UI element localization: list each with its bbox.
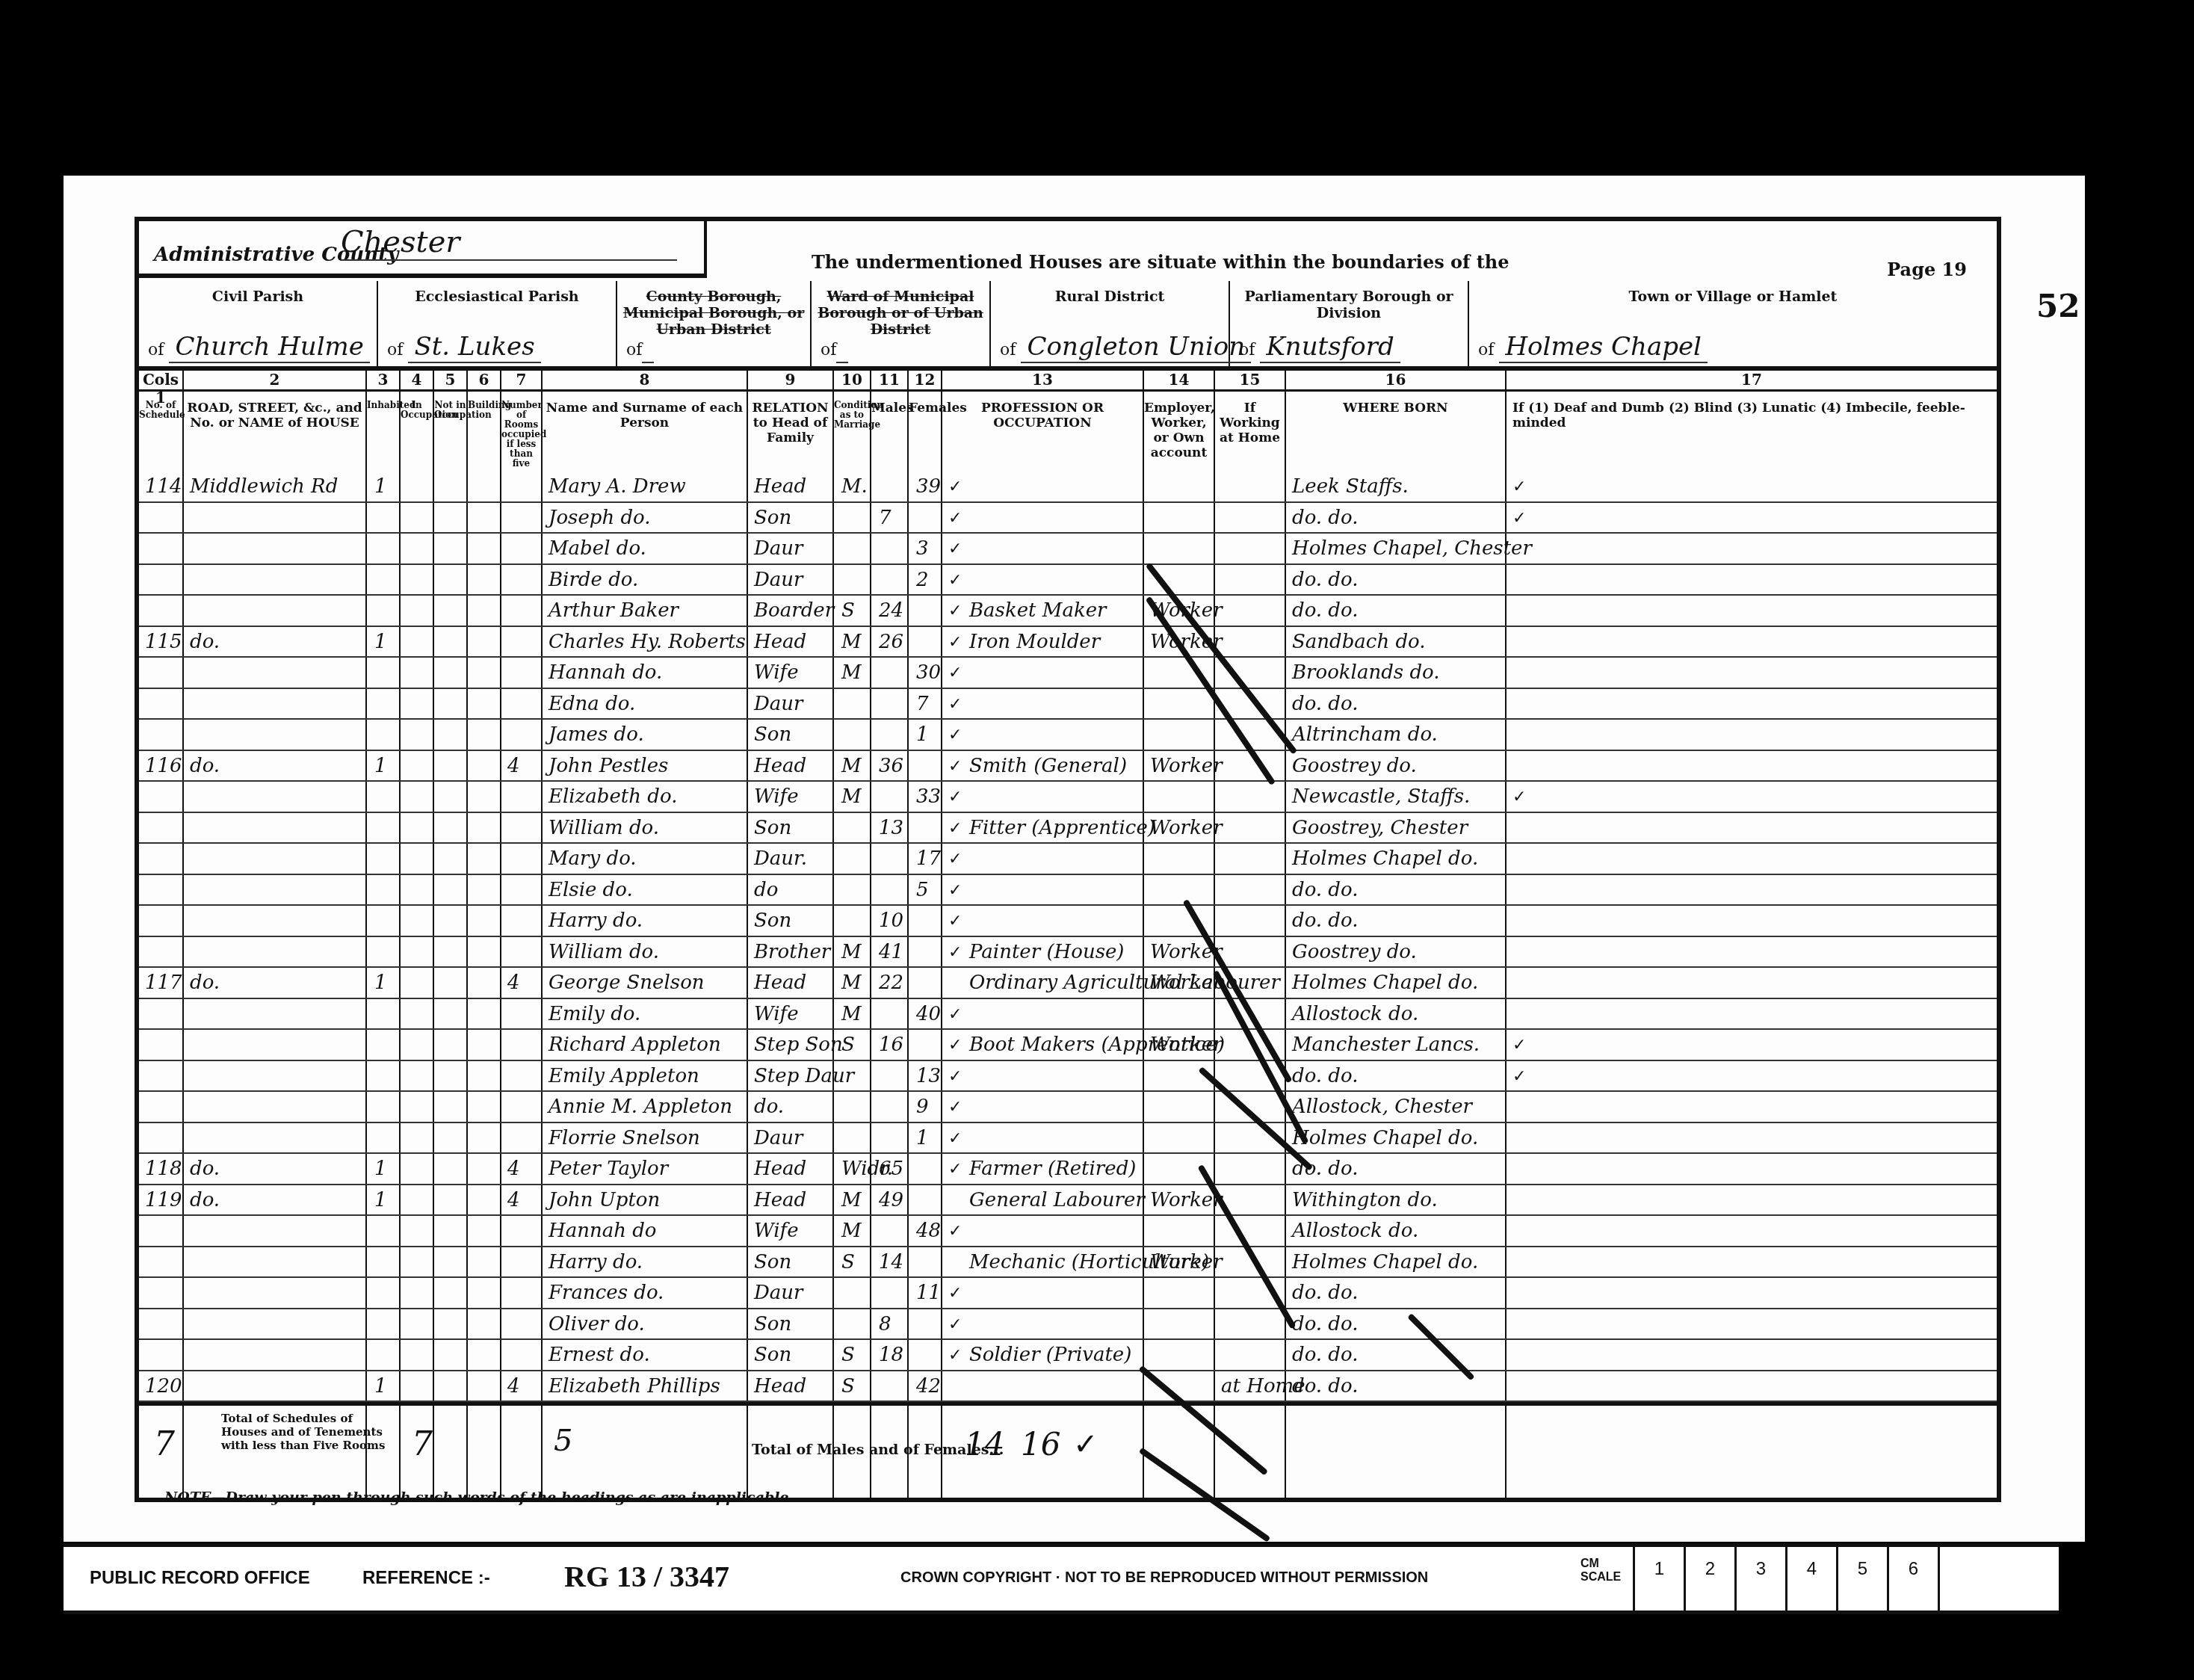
- column-heading: If Working at Home: [1215, 401, 1285, 445]
- cell-tick: ✓: [948, 472, 962, 501]
- cell-name: Elizabeth do.: [548, 782, 677, 812]
- area-prefix: of: [387, 341, 403, 359]
- cell-rel: Daur.: [754, 844, 807, 874]
- cell-sched: 120: [145, 1371, 182, 1401]
- total-females: 16: [1021, 1428, 1060, 1520]
- area-label: Parliamentary Borough or Division: [1230, 288, 1468, 321]
- cell-road: do.: [190, 1185, 220, 1215]
- reference-label: REFERENCE :-: [362, 1568, 490, 1589]
- column-number: 15: [1215, 371, 1285, 392]
- cell-occ: General Labourer: [969, 1185, 1145, 1215]
- cell-rel: Wife: [754, 782, 799, 812]
- table-row: William do.BrotherM41✓Painter (House)Wor…: [139, 937, 1997, 969]
- cell-inh: 1: [374, 1371, 387, 1401]
- cell-cond: M: [841, 1185, 862, 1215]
- cell-tick: ✓: [948, 1340, 962, 1370]
- cell-rel: Step Son: [754, 1030, 843, 1060]
- cell-tick: ✓: [948, 565, 962, 595]
- cell-emp: Worker: [1150, 751, 1223, 781]
- cell-name: Frances do.: [548, 1278, 664, 1308]
- cell-born: Allostock do.: [1292, 1216, 1418, 1246]
- cell-emp: Worker: [1150, 1247, 1223, 1277]
- cell-rel: Son: [754, 1340, 791, 1370]
- cell-m: 7: [879, 503, 891, 533]
- table-row: Emily AppletonStep Daur13✓do. do.✓: [139, 1061, 1997, 1093]
- cell-f: 48: [916, 1216, 941, 1246]
- cell-inh: 1: [374, 472, 387, 501]
- cell-name: Ernest do.: [548, 1340, 650, 1370]
- cell-tick: ✓: [948, 1092, 962, 1122]
- cell-f: 5: [916, 875, 929, 905]
- table-row: Annie M. Appletondo.9✓Allostock, Chester: [139, 1092, 1997, 1123]
- cell-cond: M: [841, 751, 862, 781]
- table-row: 117do.14George SnelsonHeadM22Ordinary Ag…: [139, 968, 1997, 999]
- cell-name: Hannah do: [548, 1216, 656, 1246]
- cell-rel: Head: [754, 968, 806, 998]
- cell-rooms: 4: [507, 1154, 520, 1184]
- area-label: Ward of Municipal Borough or of Urban Di…: [812, 288, 989, 338]
- cell-tick: ✓: [948, 689, 962, 719]
- cell-road: do.: [190, 1154, 220, 1184]
- area-6: Parliamentary Borough or Divisionof Knut…: [1230, 281, 1469, 366]
- cell-rel: Son: [754, 906, 791, 936]
- total-inhabited: 7: [412, 1428, 433, 1520]
- table-row: Emily do.WifeM40✓Allostock do.: [139, 999, 1997, 1031]
- cell-name: Birde do.: [548, 565, 638, 595]
- cell-rel: Brother: [754, 937, 830, 967]
- scale-mark-5: 5: [1836, 1547, 1887, 1610]
- cell-inf: ✓: [1512, 503, 1526, 533]
- cell-m: 26: [879, 627, 903, 657]
- page-number: 19: [1942, 259, 1967, 280]
- cell-name: Elsie do.: [548, 875, 633, 905]
- area-prefix: of: [626, 341, 642, 359]
- cell-rel: Head: [754, 472, 806, 501]
- cell-tick: ✓: [948, 782, 962, 812]
- cell-tick: ✓: [948, 844, 962, 874]
- area-5: Rural Districtof Congleton Union: [991, 281, 1230, 366]
- cell-born: do. do.: [1292, 1278, 1358, 1308]
- cell-m: 65: [879, 1154, 903, 1184]
- column-heading: Building: [468, 401, 500, 410]
- cell-name: John Upton: [548, 1185, 660, 1215]
- cell-rel: Head: [754, 627, 806, 657]
- cell-road: do.: [190, 751, 220, 781]
- area-label: County Borough, Municipal Borough, or Ur…: [617, 288, 810, 338]
- area-prefix: of: [148, 341, 164, 359]
- cell-tick: ✓: [948, 1061, 962, 1091]
- cell-f: 7: [916, 689, 929, 719]
- column-heading: Females: [909, 401, 941, 416]
- area-3: County Borough, Municipal Borough, or Ur…: [617, 281, 812, 366]
- cell-rel: Boarder: [754, 596, 834, 626]
- table-row: Ernest do.SonS18✓Soldier (Private)do. do…: [139, 1340, 1997, 1371]
- cell-name: John Pestles: [548, 751, 668, 781]
- cell-born: Holmes Chapel, Chester: [1292, 534, 1532, 563]
- reference-strip: PUBLIC RECORD OFFICE REFERENCE :- RG 13 …: [64, 1543, 2059, 1614]
- cell-rooms: 4: [507, 751, 520, 781]
- table-row: William do.Son13✓Fitter (Apprentice)Work…: [139, 813, 1997, 844]
- boundaries-heading: The undermentioned Houses are situate wi…: [812, 251, 1509, 273]
- cell-road: do.: [190, 627, 220, 657]
- cell-name: Charles Hy. Roberts: [548, 627, 746, 657]
- cell-tick: ✓: [948, 596, 962, 626]
- cell-name: Richard Appleton: [548, 1030, 721, 1060]
- cell-rel: Daur: [754, 534, 803, 563]
- cell-born: Manchester Lancs.: [1292, 1030, 1480, 1060]
- cell-tick: ✓: [948, 1309, 962, 1339]
- cell-rooms: 4: [507, 968, 520, 998]
- column-number: 9: [748, 371, 832, 392]
- cell-rel: Wife: [754, 999, 799, 1029]
- cell-cond: M: [841, 968, 862, 998]
- cell-m: 14: [879, 1247, 903, 1277]
- area-value-text: [642, 332, 654, 363]
- cell-m: 22: [879, 968, 903, 998]
- total-tick: ✓: [1073, 1428, 1098, 1520]
- cell-cond: S: [841, 1340, 855, 1370]
- cell-m: 41: [879, 937, 903, 967]
- scale-mark-1: 1: [1633, 1547, 1684, 1610]
- area-value-text: [836, 332, 848, 363]
- cell-name: Florrie Snelson: [548, 1123, 700, 1153]
- area-value-text: Holmes Chapel: [1499, 332, 1708, 363]
- cell-born: Allostock, Chester: [1292, 1092, 1472, 1122]
- table-row: 116do.14John PestlesHeadM36✓Smith (Gener…: [139, 751, 1997, 782]
- area-value-text: Church Hulme: [169, 332, 370, 363]
- area-prefix: of: [1239, 341, 1255, 359]
- cell-rel: Son: [754, 1309, 791, 1339]
- folio-number: 52: [2036, 288, 2080, 324]
- cell-tick: ✓: [948, 1216, 962, 1246]
- column-heading: Employer, Worker, or Own account: [1144, 401, 1214, 460]
- cell-rel: Head: [754, 1185, 806, 1215]
- cell-cond: M: [841, 658, 862, 688]
- column-number: 12: [909, 371, 941, 392]
- cell-rel: Step Daur: [754, 1061, 854, 1091]
- cell-occ: Smith (General): [969, 751, 1127, 781]
- column-heading: If (1) Deaf and Dumb (2) Blind (3) Lunat…: [1507, 401, 2003, 430]
- totals-row: 7 Total of Schedules of Houses and of Te…: [139, 1402, 1997, 1498]
- cell-born: Altrincham do.: [1292, 720, 1438, 750]
- cell-f: 11: [916, 1278, 941, 1308]
- cell-name: Oliver do.: [548, 1309, 645, 1339]
- cell-cond: M.: [841, 472, 868, 501]
- cell-tick: ✓: [948, 937, 962, 967]
- area-1: Civil Parishof Church Hulme: [139, 281, 378, 366]
- cell-born: Withington do.: [1292, 1185, 1438, 1215]
- cell-m: 24: [879, 596, 903, 626]
- cell-born: Newcastle, Staffs.: [1292, 782, 1470, 812]
- cell-sched: 117: [145, 968, 182, 998]
- cell-f: 39: [916, 472, 941, 501]
- column-number: 10: [834, 371, 870, 392]
- cell-born: do. do.: [1292, 689, 1358, 719]
- table-row: 115do.1Charles Hy. RobertsHeadM26✓Iron M…: [139, 627, 1997, 658]
- cell-sched: 119: [145, 1185, 182, 1215]
- table-row: Frances do.Daur11✓do. do.: [139, 1278, 1997, 1309]
- table-row: 118do.14Peter TaylorHeadWidr.65✓Farmer (…: [139, 1154, 1997, 1185]
- column-heading: Condition as to Marriage: [834, 401, 870, 430]
- administrative-county-value: Chester: [341, 225, 677, 261]
- cell-road: Middlewich Rd: [190, 472, 338, 501]
- column-number: 16: [1286, 371, 1505, 392]
- office-label: PUBLIC RECORD OFFICE: [90, 1568, 310, 1589]
- column-number: 17: [1507, 371, 1997, 392]
- cell-rel: Daur: [754, 1278, 803, 1308]
- cell-rooms: 4: [507, 1185, 520, 1215]
- cell-born: do. do.: [1292, 1309, 1358, 1339]
- cell-rel: Wife: [754, 1216, 799, 1246]
- header-top: Administrative County Chester The underm…: [139, 221, 1997, 281]
- column-number: 3: [367, 371, 399, 392]
- cell-name: Peter Taylor: [548, 1154, 668, 1184]
- cell-f: 33: [916, 782, 941, 812]
- cell-born: Allostock do.: [1292, 999, 1418, 1029]
- area-value-text: St. Lukes: [408, 332, 540, 363]
- census-form: Administrative County Chester The underm…: [135, 217, 2001, 1502]
- cell-m: 36: [879, 751, 903, 781]
- total-schedules: 7: [154, 1428, 175, 1520]
- cell-m: 8: [879, 1309, 891, 1339]
- cell-sched: 115: [145, 627, 182, 657]
- cell-tick: ✓: [948, 534, 962, 563]
- cell-tick: ✓: [948, 906, 962, 936]
- reference-number: RG 13 / 3347: [564, 1559, 729, 1594]
- cell-cond: M: [841, 1216, 862, 1246]
- scale-end: [1938, 1547, 1988, 1610]
- table-row: Arthur BakerBoarderS24✓Basket MakerWorke…: [139, 596, 1997, 627]
- cell-tick: ✓: [948, 1123, 962, 1153]
- area-headers: Civil Parishof Church HulmeEcclesiastica…: [139, 281, 1997, 371]
- cell-name: Mary do.: [548, 844, 637, 874]
- table-row: Joseph do.Son7✓do. do.✓: [139, 503, 1997, 534]
- cell-tick: ✓: [948, 813, 962, 843]
- cell-occ: Soldier (Private): [969, 1340, 1131, 1370]
- cell-name: Arthur Baker: [548, 596, 679, 626]
- cell-emp: Worker: [1150, 1030, 1223, 1060]
- form-note: NOTE—Draw your pen through such words of…: [164, 1489, 794, 1506]
- cell-tick: ✓: [948, 658, 962, 688]
- area-7: Town or Village or Hamletof Holmes Chape…: [1469, 281, 1997, 366]
- cell-born: do. do.: [1292, 1340, 1358, 1370]
- area-label: Civil Parish: [139, 288, 377, 305]
- cell-name: Annie M. Appleton: [548, 1092, 732, 1122]
- cell-m: 13: [879, 813, 903, 843]
- cell-born: do. do.: [1292, 565, 1358, 595]
- cell-name: Hannah do.: [548, 658, 662, 688]
- cell-emp: Worker: [1150, 813, 1223, 843]
- cell-inf: ✓: [1512, 472, 1526, 501]
- cell-rel: Son: [754, 813, 791, 843]
- cell-road: do.: [190, 968, 220, 998]
- column-heading: Not in Occupation: [434, 401, 466, 420]
- cell-rel: Wife: [754, 658, 799, 688]
- page-word: Page: [1887, 259, 1935, 280]
- column-number: 4: [401, 371, 433, 392]
- cell-cond: M: [841, 999, 862, 1029]
- column-number: 6: [468, 371, 500, 392]
- cell-inh: 1: [374, 1154, 387, 1184]
- cell-rel: Head: [754, 1371, 806, 1401]
- column-heading: PROFESSION OR OCCUPATION: [942, 401, 1143, 430]
- cell-name: Harry do.: [548, 1247, 643, 1277]
- cell-m: 49: [879, 1185, 903, 1215]
- cell-name: Edna do.: [548, 689, 635, 719]
- table-row: 119do.14John UptonHeadM49General Laboure…: [139, 1185, 1997, 1217]
- cell-born: do. do.: [1292, 875, 1358, 905]
- column-heading: ROAD, STREET, &c., and No. or NAME of HO…: [184, 401, 365, 430]
- table-row: Elsie do.do5✓do. do.: [139, 875, 1997, 907]
- cell-f: 1: [916, 720, 929, 750]
- cell-f: 42: [916, 1371, 941, 1401]
- cell-rel: Son: [754, 720, 791, 750]
- column-number: 8: [543, 371, 747, 392]
- cell-tick: ✓: [948, 627, 962, 657]
- cell-cond: S: [841, 596, 855, 626]
- cell-rel: do.: [754, 1092, 784, 1122]
- cell-occ: Farmer (Retired): [969, 1154, 1136, 1184]
- cell-tick: ✓: [948, 1278, 962, 1308]
- cell-name: George Snelson: [548, 968, 705, 998]
- area-prefix: of: [821, 341, 836, 359]
- cell-f: 2: [916, 565, 929, 595]
- cell-sched: 116: [145, 751, 182, 781]
- cell-f: 17: [916, 844, 941, 874]
- cell-rel: do: [754, 875, 778, 905]
- cell-born: Goostrey do.: [1292, 751, 1417, 781]
- administrative-county-box: Administrative County Chester: [139, 221, 707, 278]
- cell-tick: ✓: [948, 720, 962, 750]
- table-row: Mabel do.Daur3✓Holmes Chapel, Chester: [139, 534, 1997, 565]
- cell-f: 30: [916, 658, 941, 688]
- area-value: of St. Lukes: [387, 332, 541, 362]
- cell-born: do. do.: [1292, 906, 1358, 936]
- area-2: Ecclesiastical Parishof St. Lukes: [378, 281, 617, 366]
- scale-mark-3: 3: [1734, 1547, 1785, 1610]
- column-heading: WHERE BORN: [1286, 401, 1505, 416]
- cell-inh: 1: [374, 627, 387, 657]
- column-number: 14: [1144, 371, 1214, 392]
- cell-name: Elizabeth Phillips: [548, 1371, 720, 1401]
- table-row: Richard AppletonStep SonS16✓Boot Makers …: [139, 1030, 1997, 1061]
- cell-born: Goostrey do.: [1292, 937, 1417, 967]
- cell-occ: Painter (House): [969, 937, 1125, 967]
- area-value: of Church Hulme: [148, 332, 370, 362]
- cell-emp: Worker: [1150, 968, 1223, 998]
- column-number: 11: [871, 371, 907, 392]
- scale-label: CM SCALE: [1580, 1557, 1625, 1584]
- cell-sched: 114: [145, 472, 182, 501]
- cell-occ: Iron Moulder: [969, 627, 1100, 657]
- column-number: 13: [942, 371, 1143, 392]
- table-row: 114Middlewich Rd1Mary A. DrewHeadM.39✓Le…: [139, 472, 1997, 503]
- cell-cond: S: [841, 1247, 855, 1277]
- table-row: Hannah do.WifeM30✓Brooklands do.: [139, 658, 1997, 689]
- cell-name: Mary A. Drew: [548, 472, 686, 501]
- cell-born: do. do.: [1292, 1061, 1358, 1091]
- column-heading: Number of Rooms occupied if less than fi…: [501, 401, 541, 469]
- area-label: Town or Village or Hamlet: [1469, 288, 1997, 305]
- cell-m: 16: [879, 1030, 903, 1060]
- area-4: Ward of Municipal Borough or of Urban Di…: [812, 281, 991, 366]
- cell-name: Emily do.: [548, 999, 640, 1029]
- cell-rel: Daur: [754, 689, 803, 719]
- cell-cond: S: [841, 1371, 855, 1401]
- cell-cond: M: [841, 937, 862, 967]
- total-males: 14: [965, 1428, 1004, 1520]
- area-value: of Congleton Union: [1000, 332, 1251, 362]
- column-heading: Inhabited: [367, 401, 399, 410]
- cell-born: Holmes Chapel do.: [1292, 1247, 1478, 1277]
- cell-name: William do.: [548, 937, 659, 967]
- cell-f: 13: [916, 1061, 941, 1091]
- column-number: 5: [434, 371, 466, 392]
- cell-born: do. do.: [1292, 503, 1358, 533]
- column-number: 7: [501, 371, 541, 392]
- cell-cond: M: [841, 627, 862, 657]
- table-row: Birde do.Daur2✓do. do.: [139, 565, 1997, 596]
- area-value: of: [626, 332, 654, 362]
- column-heading: In Occupation: [401, 401, 433, 420]
- cell-name: William do.: [548, 813, 659, 843]
- cell-born: Brooklands do.: [1292, 658, 1440, 688]
- cell-tick: ✓: [948, 503, 962, 533]
- area-value-text: Congleton Union: [1021, 332, 1251, 363]
- cell-inh: 1: [374, 751, 387, 781]
- table-row: James do.Son1✓Altrincham do.: [139, 720, 1997, 751]
- cell-name: Joseph do.: [548, 503, 651, 533]
- cell-tick: ✓: [948, 1154, 962, 1184]
- cell-tick: ✓: [948, 875, 962, 905]
- total-schedules-label: Total of Schedules of Houses and of Tene…: [221, 1412, 393, 1452]
- cell-cond: S: [841, 1030, 855, 1060]
- cell-f: 3: [916, 534, 929, 563]
- column-heading: Name and Surname of each Person: [543, 401, 747, 430]
- cell-born: Goostrey, Chester: [1292, 813, 1468, 843]
- area-label: Rural District: [991, 288, 1229, 305]
- column-number: Cols 1: [139, 371, 182, 392]
- column-heading: Males: [871, 401, 907, 416]
- cell-born: Holmes Chapel do.: [1292, 968, 1478, 998]
- table-row: Mary do.Daur.17✓Holmes Chapel do.: [139, 844, 1997, 875]
- area-value: of Holmes Chapel: [1478, 332, 1708, 362]
- table-row: Hannah doWifeM48✓Allostock do.: [139, 1216, 1997, 1247]
- area-prefix: of: [1478, 341, 1494, 359]
- cell-rel: Head: [754, 751, 806, 781]
- cell-born: do. do.: [1292, 596, 1358, 626]
- cell-inf: ✓: [1512, 1030, 1526, 1060]
- cell-inf: ✓: [1512, 1061, 1526, 1091]
- column-number: 2: [184, 371, 365, 392]
- cell-name: Mabel do.: [548, 534, 646, 563]
- cell-cond: M: [841, 782, 862, 812]
- cell-rel: Daur: [754, 1123, 803, 1153]
- copyright-notice: CROWN COPYRIGHT · NOT TO BE REPRODUCED W…: [900, 1569, 1428, 1587]
- table-row: Elizabeth do.WifeM33✓Newcastle, Staffs.✓: [139, 782, 1997, 813]
- column-heading: RELATION to Head of Family: [748, 401, 832, 445]
- table-row: Florrie SnelsonDaur1✓Holmes Chapel do.: [139, 1123, 1997, 1155]
- table-row: Oliver do.Son8✓do. do.: [139, 1309, 1997, 1341]
- cell-occ: Fitter (Apprentice): [969, 813, 1155, 843]
- cell-name: James do.: [548, 720, 644, 750]
- cell-f: 40: [916, 999, 941, 1029]
- cell-born: do. do.: [1292, 1371, 1358, 1401]
- cell-f: 9: [916, 1092, 929, 1122]
- cell-m: 18: [879, 1340, 903, 1370]
- area-label: Ecclesiastical Parish: [378, 288, 616, 305]
- table-row: Harry do.SonS14Mechanic (Horticulture)Wo…: [139, 1247, 1997, 1279]
